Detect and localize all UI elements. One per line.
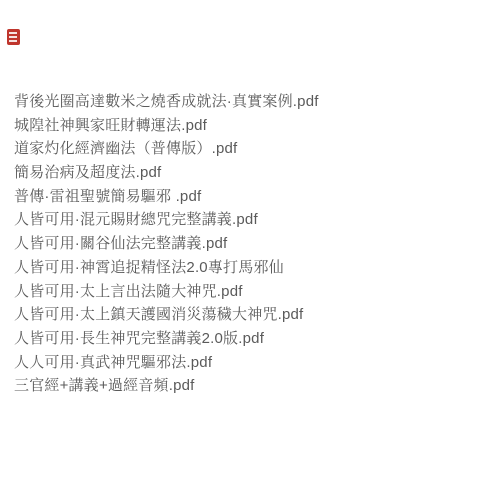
red-stamp-icon <box>7 29 20 45</box>
file-link[interactable]: 背後光圈高達數米之燒香成就法·真實案例.pdf <box>14 90 492 114</box>
file-link[interactable]: 人皆可用·長生神咒完整講義2.0版.pdf <box>14 327 492 351</box>
file-link[interactable]: 城隍社神興家旺財轉運法.pdf <box>14 114 492 138</box>
red-stamp-mark <box>9 32 17 34</box>
file-link[interactable]: 人皆可用·神霄追捉精怪法2.0專打馬邪仙 <box>14 256 492 280</box>
file-link[interactable]: 三官經+講義+過經音頻.pdf <box>14 374 492 398</box>
file-link[interactable]: 人皆可用·太上言出法隨大神咒.pdf <box>14 280 492 304</box>
file-link[interactable]: 人皆可用·關谷仙法完整講義.pdf <box>14 232 492 256</box>
file-link[interactable]: 簡易治病及超度法.pdf <box>14 161 492 185</box>
file-link[interactable]: 道家灼化經濟幽法（普傳版）.pdf <box>14 137 492 161</box>
page: 背後光圈高達數米之燒香成就法·真實案例.pdf 城隍社神興家旺財轉運法.pdf … <box>0 0 492 492</box>
file-link[interactable]: 人皆可用·混元賜財總咒完整講義.pdf <box>14 208 492 232</box>
file-link[interactable]: 普傳·雷祖聖號簡易驅邪 .pdf <box>14 185 492 209</box>
file-link[interactable]: 人人可用·真武神咒驅邪法.pdf <box>14 351 492 375</box>
file-list: 背後光圈高達數米之燒香成就法·真實案例.pdf 城隍社神興家旺財轉運法.pdf … <box>14 90 492 398</box>
file-link[interactable]: 人皆可用·太上鎮天護國消災蕩穢大神咒.pdf <box>14 303 492 327</box>
